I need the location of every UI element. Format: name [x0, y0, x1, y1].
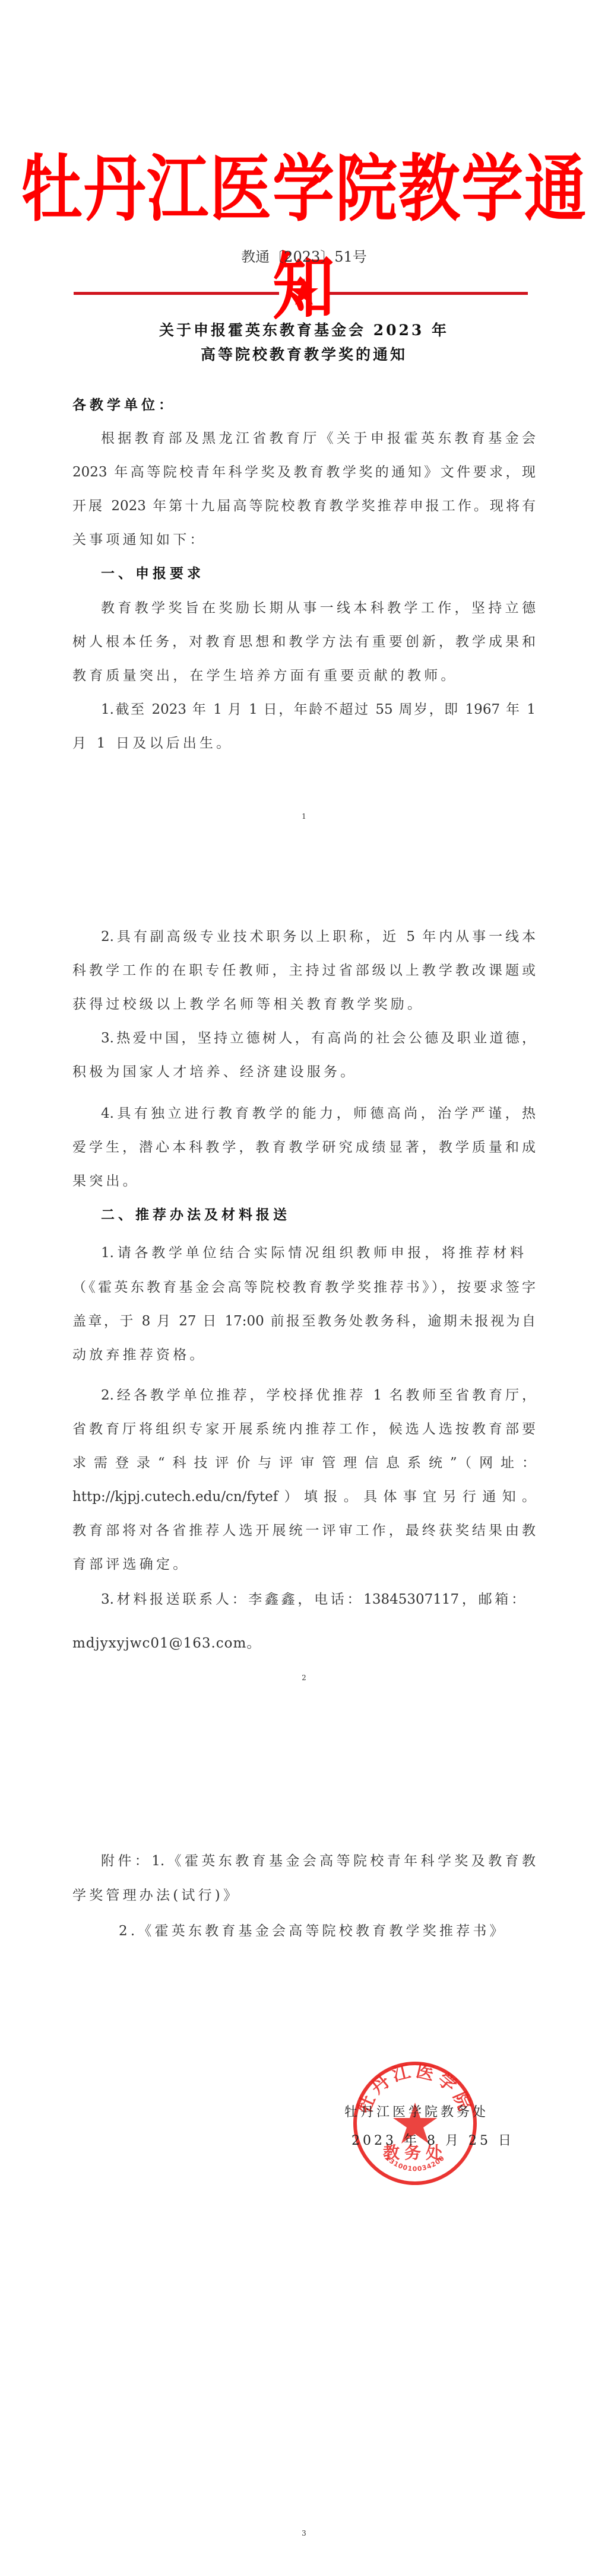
notice-title-line-1: 关于申报霍英东教育基金会 2023 年 — [0, 321, 608, 340]
section-1-intro-line: 教育教学奖旨在奖励长期从事一线本科教学工作，坚持立德 — [101, 599, 536, 617]
procedure-2-line: 教育部将对各省推荐人选开展统一评审工作，最终获奖结果由教 — [72, 1522, 536, 1540]
contact-email: mdjyxyjwc01@163.com。 — [72, 1634, 536, 1652]
procedure-1-line: 1.请各教学单位结合实际情况组织教师申报，将推荐材料 — [101, 1244, 524, 1262]
red-star-icon — [289, 278, 319, 306]
requirement-2-line: 2.具有副高级专业技术职务以上职称，近 5 年内从事一线本 — [101, 928, 536, 946]
attachment-line: 附件：1.《霍英东教育基金会高等院校青年科学奖及教育教 — [101, 1852, 536, 1870]
requirement-4-line: 4.具有独立进行教育教学的能力，师德高尚，治学严谨，热 — [101, 1105, 536, 1122]
page-number: 2 — [0, 1673, 608, 1683]
notice-title-line-2: 高等院校教育教学奖的通知 — [0, 345, 608, 364]
intro-line: 2023 年高等院校青年科学奖及教育教学奖的通知》文件要求，现 — [72, 463, 536, 481]
section-1-intro-line: 树人根本任务，对教育思想和教学方法有重要创新，教学成果和 — [72, 633, 536, 651]
requirement-3-line: 积极为国家人才培养、经济建设服务。 — [72, 1063, 536, 1081]
procedure-1-line: （《霍英东教育基金会高等院校教育教学奖推荐书》），按要求签字 — [72, 1279, 536, 1296]
section-1-heading: 一、申报要求 — [101, 565, 564, 583]
procedure-2-url-line: http://kjpj.cutech.edu/cn/fytef）填报。具体事宜另… — [72, 1488, 536, 1506]
requirement-3-line: 3.热爱中国，坚持立德树人，有高尚的社会公德及职业道德， — [101, 1029, 536, 1047]
procedure-1-line: 盖章，于 8 月 27 日 17:00 前报至教务处教务科，逾期未报视为自 — [72, 1312, 536, 1330]
red-rule-right — [330, 292, 528, 295]
page-number: 3 — [0, 2529, 608, 2538]
attachment-line: 学奖管理办法(试行)》 — [72, 1887, 536, 1904]
official-seal-stamp: 牡丹江医学院 教务处 2310010034200 — [351, 2060, 479, 2187]
section-2-heading: 二、推荐办法及材料报送 — [101, 1206, 564, 1224]
procedure-2-line: 省教育厅将组织专家开展系统内推荐工作，候选人选按教育部要 — [72, 1420, 536, 1438]
intro-line: 根据教育部及黑龙江省教育厅《关于申报霍英东教育基金会 — [101, 430, 536, 447]
page-number: 1 — [0, 812, 608, 821]
requirement-4-line: 爱学生，潜心本科教学，教育教学研究成绩显著，教学质量和成 — [72, 1138, 536, 1156]
section-1-intro-line: 教育质量突出，在学生培养方面有重要贡献的教师。 — [72, 667, 536, 685]
requirement-1-line: 1.截至 2023 年 1 月 1 日，年龄不超过 55 周岁，即 1967 年… — [101, 701, 536, 718]
procedure-1-line: 动放弃推荐资格。 — [72, 1346, 536, 1364]
procedure-2-line: 育部评选确定。 — [72, 1556, 536, 1573]
requirement-4-line: 果突出。 — [72, 1172, 536, 1190]
masthead-title: 牡丹江医学院教学通知 — [0, 140, 608, 336]
requirement-1-line: 月 1 日及以后出生。 — [72, 734, 536, 752]
signature-date: 2023 年 8 月 25 日 — [351, 2133, 500, 2149]
intro-line: 开展 2023 年第十九届高等院校教育教学奖推荐申报工作。现将有 — [72, 497, 536, 515]
signature-organization: 牡丹江医学院教务处 — [344, 2104, 493, 2121]
intro-line: 关事项通知如下： — [72, 531, 536, 549]
requirement-2-line: 获得过校级以上教学名师等相关教育教学奖励。 — [72, 996, 536, 1013]
procedure-2-line: 求需登录“科技评价与评审管理信息系统”（网址： — [72, 1454, 536, 1472]
procedure-2-line: 2.经各教学单位推荐，学校择优推荐 1 名教师至省教育厅， — [101, 1386, 536, 1404]
salutation: 各教学单位： — [72, 396, 536, 414]
attachment-line: 2.《霍英东教育基金会高等院校教育教学奖推荐书》 — [119, 1922, 582, 1940]
document-number: 教通〔2023〕51号 — [0, 248, 608, 266]
procedure-3-line: 3.材料报送联系人：李鑫鑫，电话：13845307117，邮箱： — [101, 1591, 525, 1608]
requirement-2-line: 科教学工作的在职专任教师，主持过省部级以上教学教改课题或 — [72, 962, 536, 979]
red-rule-left — [74, 292, 279, 295]
